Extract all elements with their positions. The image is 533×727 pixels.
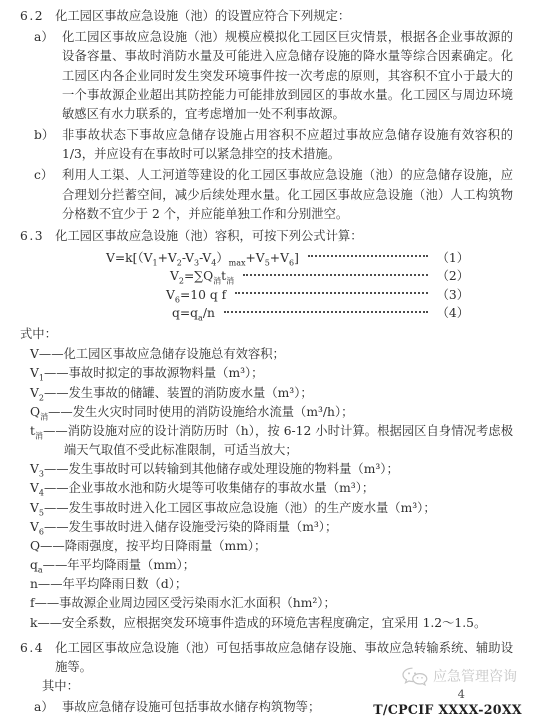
- formula-number: （2）: [437, 267, 469, 286]
- section-6-3: 6.3 化工园区事故应急设施（池）容积，可按下列公式计算： V=k[（V1+V2…: [20, 227, 513, 633]
- definition-text: ——发生火灾时同时使用的消防设施给水流量（m³/h）；: [48, 405, 353, 419]
- definition-term: V: [30, 347, 39, 361]
- formula-row: V=k[（V1+V2-V3-V4）max+V5+V6] （1）: [20, 249, 513, 268]
- formula-row: V2=∑Q消t消 （2）: [20, 268, 513, 287]
- formula-block: V=k[（V1+V2-V3-V4）max+V5+V6] （1） V2=∑Q消t消…: [20, 249, 513, 323]
- clause-heading: 6.2 化工园区事故应急设施（池）的设置应符合下列规定：: [20, 7, 513, 26]
- watermark-text: 应急管理咨询: [433, 666, 517, 686]
- definition-text: ——发生事故时进入储存设施受污染的降雨量（m³）；: [44, 520, 337, 534]
- definition-text: ——降雨强度，按平均日降雨量（mm）；: [40, 539, 266, 553]
- definition-text: ——企业事故水池和防火堤等可收集储存的事故水量（m³）；: [44, 481, 374, 495]
- formula-expression: V=k[（V1+V2-V3-V4）max+V5+V6]: [106, 249, 299, 268]
- list-item: c） 利用人工渠、人工河道等建设的化工园区事故应急设施（池）的应急储存设施，应合…: [20, 166, 513, 224]
- item-text: 化工园区事故应急设施（池）规模应模拟化工园区巨灾情景，根据各企业事故源的设备容量…: [62, 28, 513, 124]
- definition-text: ——事故源企业周边园区受污染雨水汇水面积（hm²）；: [35, 596, 336, 610]
- dotted-leader: [308, 255, 428, 257]
- clause-title: 化工园区事故应急设施（池）容积，可按下列公式计算：: [55, 227, 513, 246]
- definition-row: qa——年平均降雨量（mm）；: [20, 556, 513, 575]
- definition-row: V5——发生事故时进入化工园区事故应急设施（池）的生产废水量（m³）；: [20, 499, 513, 518]
- definition-term: V2: [30, 386, 44, 400]
- definition-term: Q消: [30, 405, 48, 419]
- definition-text: ——发生事故时进入化工园区事故应急设施（池）的生产废水量（m³）；: [44, 501, 436, 515]
- definition-term: V3: [30, 462, 44, 476]
- definition-text: ——发生事故的储罐、装置的消防废水量（m³）；: [44, 386, 313, 400]
- formula-number: （1）: [437, 249, 469, 268]
- list-item: a） 化工园区事故应急设施（池）规模应模拟化工园区巨灾情景，根据各企业事故源的设…: [20, 28, 513, 124]
- item-text: 利用人工渠、人工河道等建设的化工园区事故应急设施（池）的应急储存设施，应合理划分…: [62, 166, 513, 224]
- clause-number: 6.4: [20, 639, 44, 677]
- clause-number: 6.2: [20, 7, 44, 26]
- formula-expression: q=qa/n: [172, 304, 215, 323]
- dotted-leader: [224, 311, 428, 313]
- item-label: a）: [34, 28, 62, 124]
- definition-row: n——年平均降雨日数（d）；: [20, 575, 513, 594]
- definition-text: ——消防设施对应的设计消防历时（h），按 6-12 小时计算。根据园区自身情况考…: [43, 424, 513, 457]
- formula-number: （4）: [437, 304, 469, 323]
- definition-term: n: [30, 577, 38, 591]
- definition-term: Q: [30, 539, 40, 553]
- dotted-leader: [243, 274, 427, 276]
- clause-heading: 6.3 化工园区事故应急设施（池）容积，可按下列公式计算：: [20, 227, 513, 246]
- formula-number: （3）: [437, 286, 469, 305]
- definition-text: ——年平均降雨量（mm）；: [43, 558, 195, 572]
- definition-term: qa: [30, 558, 43, 572]
- definition-row: Q——降雨强度，按平均日降雨量（mm）；: [20, 537, 513, 556]
- formula-row: V6=10 q f （3）: [20, 286, 513, 305]
- dotted-leader: [235, 292, 427, 294]
- definition-term: V4: [30, 481, 44, 495]
- formula-expression: V2=∑Q消t消: [170, 267, 234, 286]
- definition-row: f——事故源企业周边园区受污染雨水汇水面积（hm²）；: [20, 594, 513, 613]
- definition-term: t消: [30, 424, 43, 438]
- definition-row: k——安全系数，应根据突发环境事件造成的环境危害程度确定，宜采用 1.2～1.5…: [20, 614, 513, 633]
- clause-items: a） 化工园区事故应急设施（池）规模应模拟化工园区巨灾情景，根据各企业事故源的设…: [20, 28, 513, 224]
- definition-text: ——发生事故时可以转输到其他储存或处理设施的物料量（m³）；: [44, 462, 399, 476]
- definition-term: V1: [30, 366, 44, 380]
- wechat-bubbles-icon: [401, 667, 428, 686]
- definition-text: ——化工园区事故应急储存设施总有效容积；: [39, 347, 285, 361]
- where-label: 式中：: [20, 325, 513, 344]
- clause-number: 6.3: [20, 227, 44, 246]
- formula-row: q=qa/n （4）: [20, 305, 513, 324]
- definition-term: V5: [30, 501, 44, 515]
- doc-code: T/CPCIF XXXX-20XX: [373, 702, 522, 717]
- definition-row: V6——发生事故时进入储存设施受污染的降雨量（m³）；: [20, 518, 513, 537]
- list-item: b） 非事故状态下事故应急储存设施占用容积不应超过事故应急储存设施有效容积的 1…: [20, 126, 513, 164]
- definition-row: V4——企业事故水池和防火堤等可收集储存的事故水量（m³）；: [20, 479, 513, 498]
- document-page: 6.2 化工园区事故应急设施（池）的设置应符合下列规定： a） 化工园区事故应急…: [0, 0, 533, 718]
- definition-term: V6: [30, 520, 44, 534]
- definition-row: V1——事故时拟定的事故源物料量（m³）；: [20, 364, 513, 383]
- watermark: 应急管理咨询: [401, 666, 517, 686]
- definition-row: Q消——发生火灾时同时使用的消防设施给水流量（m³/h）；: [20, 403, 513, 422]
- definition-text: ——年平均降雨日数（d）；: [38, 577, 187, 591]
- definition-row: t消——消防设施对应的设计消防历时（h），按 6-12 小时计算。根据园区自身情…: [20, 422, 513, 460]
- definition-row: V3——发生事故时可以转输到其他储存或处理设施的物料量（m³）；: [20, 460, 513, 479]
- definition-text: ——安全系数，应根据突发环境事件造成的环境危害程度确定，宜采用 1.2～1.5。: [37, 616, 486, 630]
- formula-expression: V6=10 q f: [166, 286, 226, 305]
- item-text: 非事故状态下事故应急储存设施占用容积不应超过事故应急储存设施有效容积的 1/3，…: [62, 126, 513, 164]
- page-number: 4: [458, 687, 465, 701]
- definition-row: V2——发生事故的储罐、装置的消防废水量（m³）；: [20, 384, 513, 403]
- clause-title: 化工园区事故应急设施（池）的设置应符合下列规定：: [55, 7, 513, 26]
- definition-row: V——化工园区事故应急储存设施总有效容积；: [20, 345, 513, 364]
- definition-text: ——事故时拟定的事故源物料量（m³）；: [44, 366, 264, 380]
- item-label: b）: [34, 126, 62, 164]
- item-label: a）: [34, 698, 62, 717]
- section-6-2: 6.2 化工园区事故应急设施（池）的设置应符合下列规定： a） 化工园区事故应急…: [20, 7, 513, 224]
- definitions-list: V——化工园区事故应急储存设施总有效容积； V1——事故时拟定的事故源物料量（m…: [20, 345, 513, 633]
- item-label: c）: [34, 166, 62, 224]
